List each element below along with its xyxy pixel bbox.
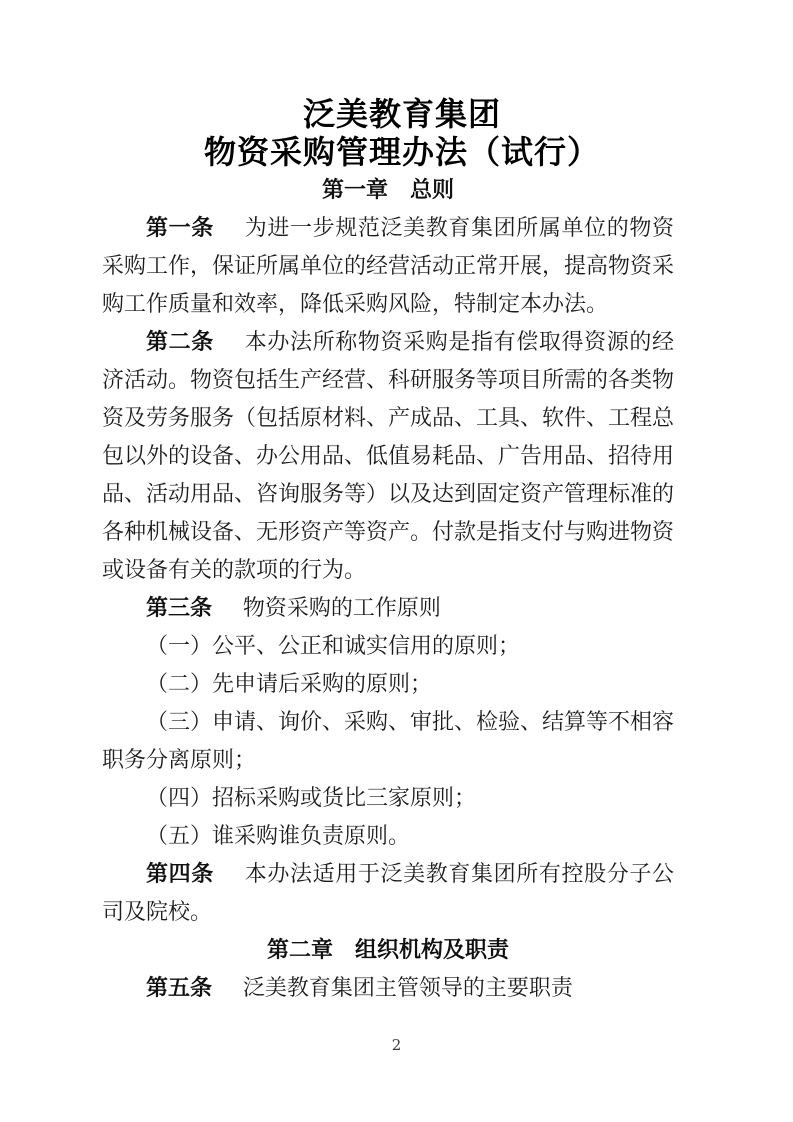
article-paragraph: 第一条为进一步规范泛美教育集团所属单位的物资采购工作，保证所属单位的经营活动正常… [102,209,674,323]
document-page: 泛美教育集团 物资采购管理办法（试行） 第一章 总则 第一条为进一步规范泛美教育… [0,0,793,1122]
clause-item: （二）先申请后采购的原则； [102,665,674,703]
clause-item: （五）谁采购谁负责原则。 [102,817,674,855]
article-paragraph: 第五条泛美教育集团主管领导的主要职责 [102,969,674,1007]
page-title-line-1: 泛美教育集团 [116,95,688,133]
document-body: 第一章 总则 第一条为进一步规范泛美教育集团所属单位的物资采购工作，保证所属单位… [102,171,674,1007]
article-number-label: 第三条 [146,595,212,620]
article-text: 泛美教育集团主管领导的主要职责 [243,975,573,1000]
article-paragraph: 第四条本办法适用于泛美教育集团所有控股分子公司及院校。 [102,855,674,931]
article-number-label: 第四条 [146,861,214,886]
clause-item: （四）招标采购或货比三家原则； [102,779,674,817]
page-number: 2 [0,1035,793,1055]
page-title-line-2: 物资采购管理办法（试行） [116,133,688,171]
article-number-label: 第一条 [146,215,214,240]
article-text: 本办法所称物资采购是指有偿取得资源的经济活动。物资包括生产经营、科研服务等项目所… [102,329,674,582]
chapter-heading: 第二章 组织机构及职责 [102,931,674,969]
clause-item: （一）公平、公正和诚实信用的原则； [102,627,674,665]
document-title: 泛美教育集团 物资采购管理办法（试行） [116,95,688,171]
article-paragraph: 第二条本办法所称物资采购是指有偿取得资源的经济活动。物资包括生产经营、科研服务等… [102,323,674,589]
article-number-label: 第二条 [146,329,214,354]
clause-item: （三）申请、询价、采购、审批、检验、结算等不相容职务分离原则； [102,703,674,779]
article-text: 物资采购的工作原则 [243,595,441,620]
article-number-label: 第五条 [146,975,212,1000]
chapter-heading: 第一章 总则 [102,171,674,209]
article-paragraph: 第三条物资采购的工作原则 [102,589,674,627]
